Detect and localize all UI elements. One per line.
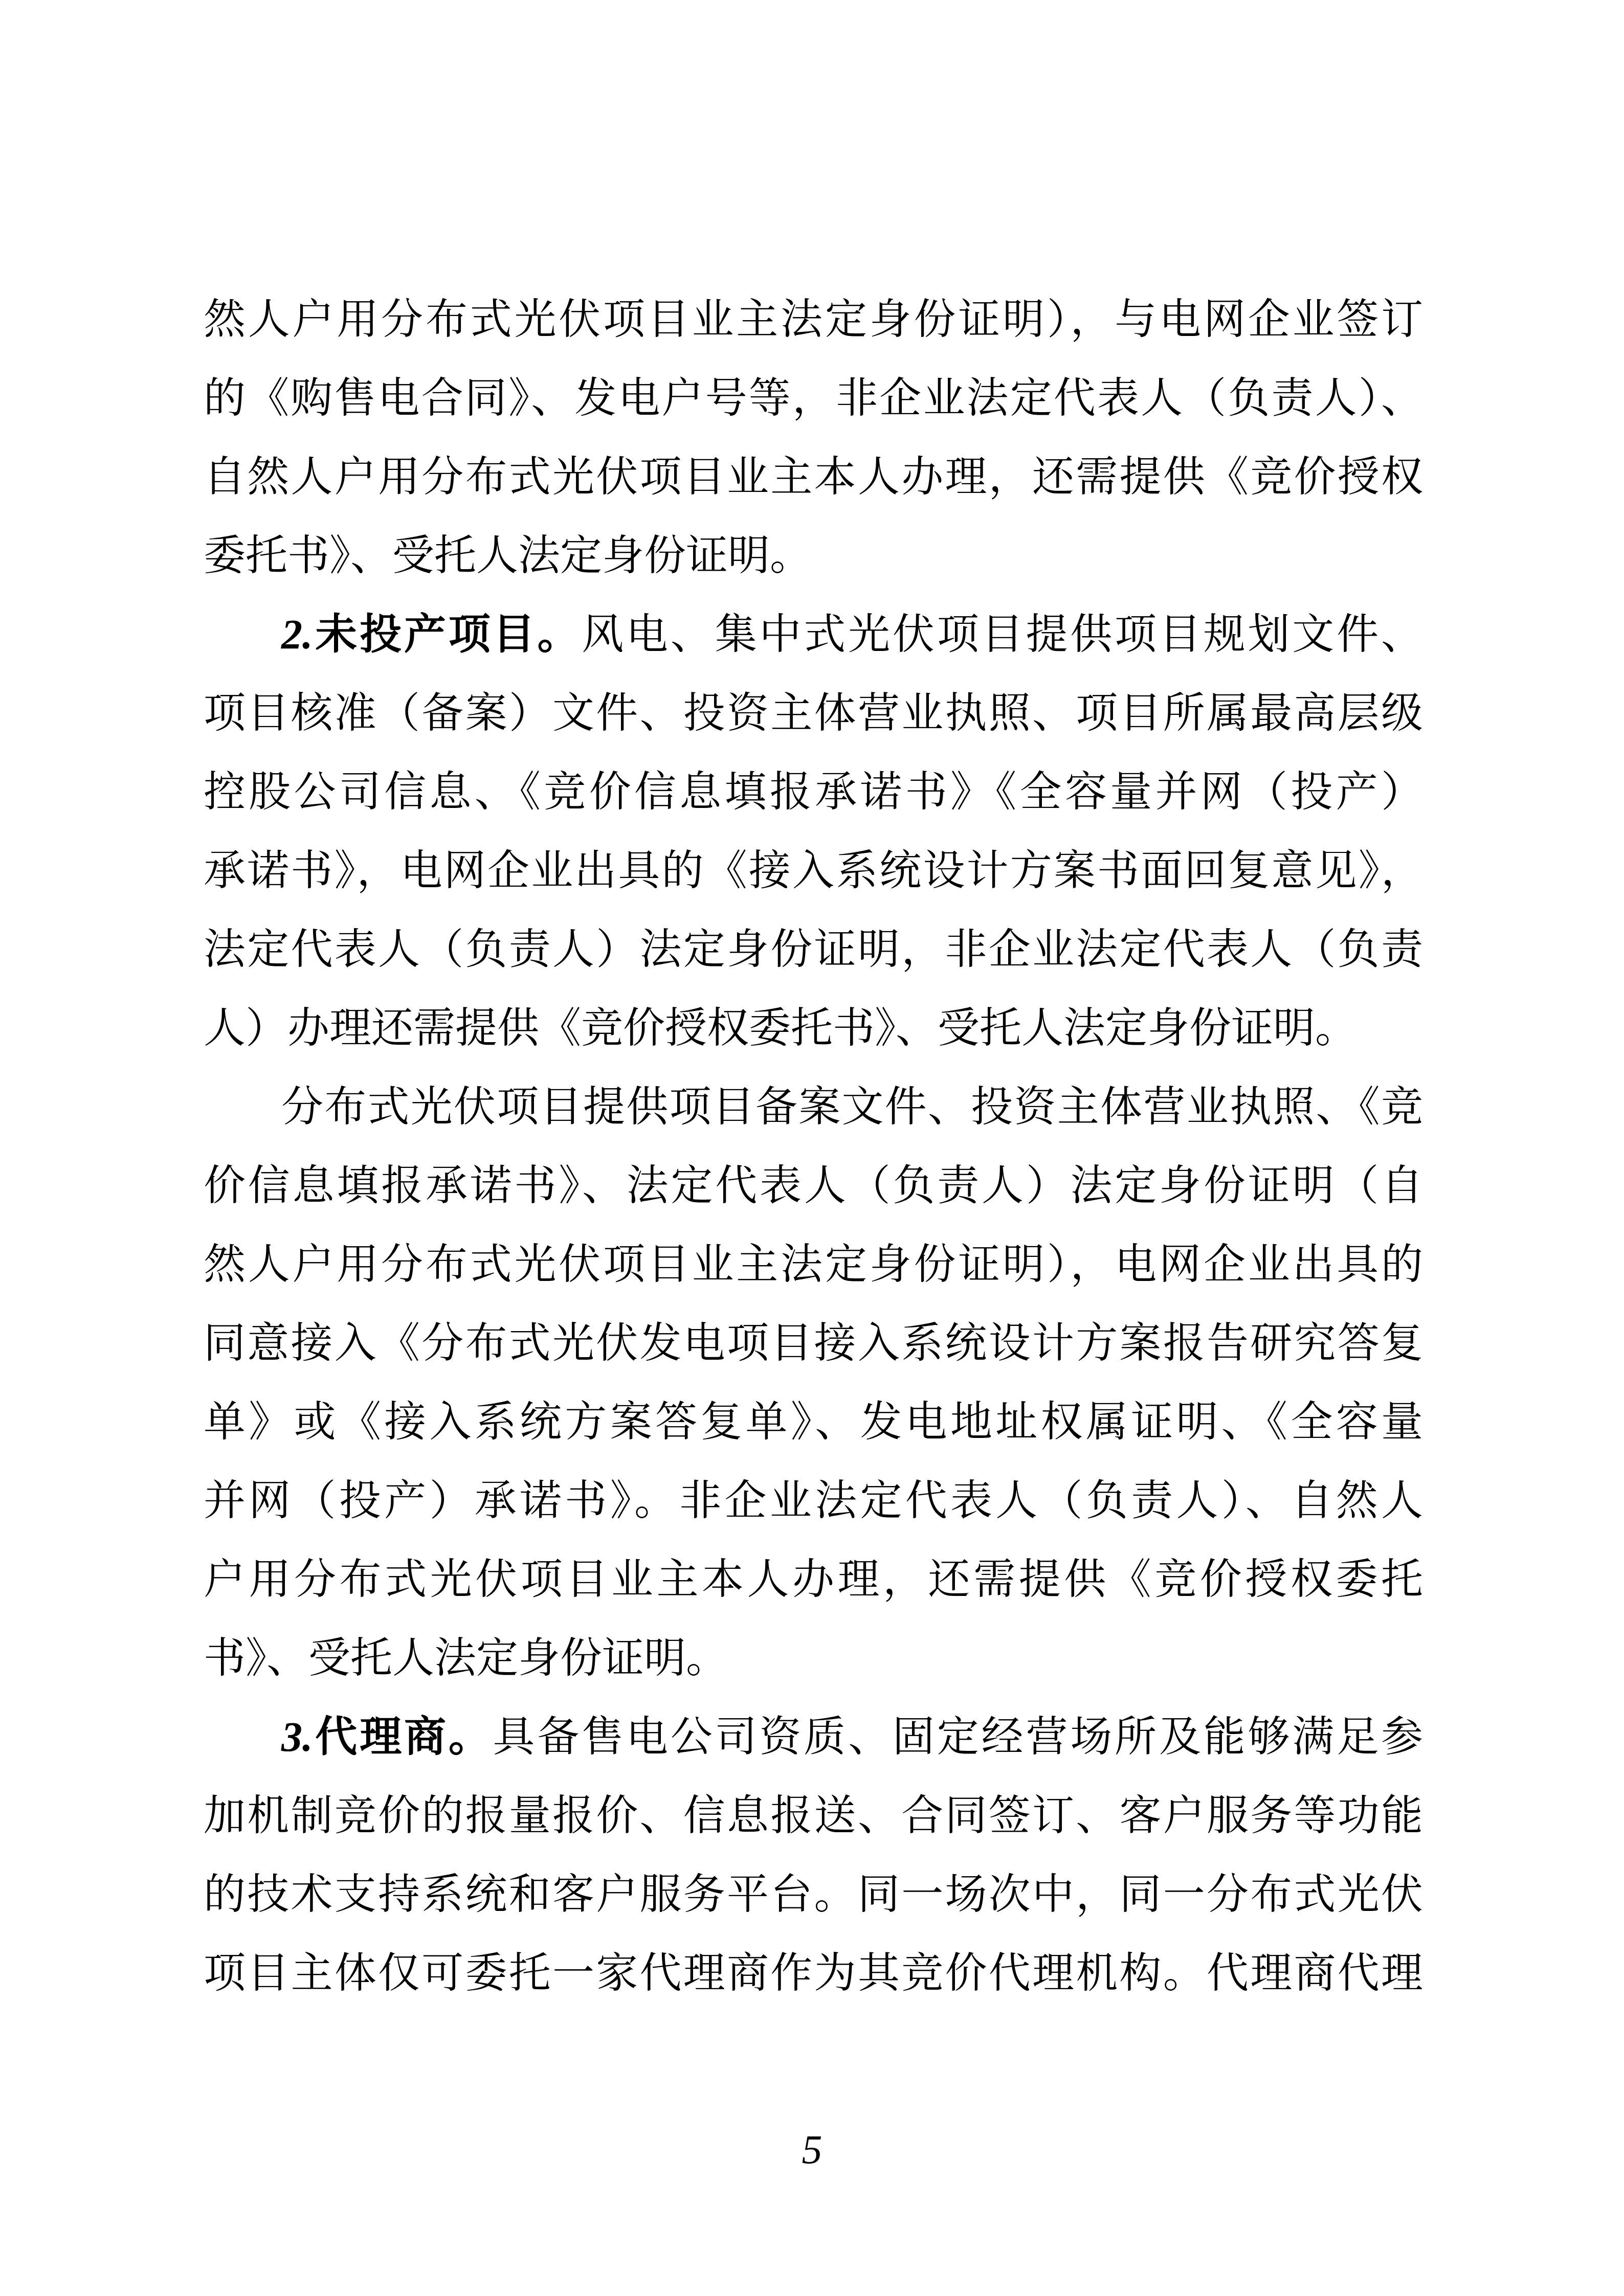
text-run: 具备售电公司资质、固定经营场所及能够满足参 xyxy=(493,1714,1423,1760)
document-page: 然人户用分布式光伏项目业主法定身份证明），与电网企业签订的《购售电合同》、发电户… xyxy=(0,0,1624,2296)
text-line: 3.代理商。具备售电公司资质、固定经营场所及能够满足参 xyxy=(204,1698,1423,1776)
text-line: 项目核准（备案）文件、投资主体营业执照、项目所属最高层级 xyxy=(204,674,1423,753)
paragraph: 3.代理商。具备售电公司资质、固定经营场所及能够满足参加机制竞价的报量报价、信息… xyxy=(204,1698,1423,2013)
text-run: 委托书》、受托人法定身份证明。 xyxy=(204,532,812,579)
text-line: 单》或《接入系统方案答复单》、发电地址权属证明、《全容量 xyxy=(204,1383,1423,1461)
text-line: 承诺书》，电网企业出具的《接入系统设计方案书面回复意见》， xyxy=(204,831,1423,910)
text-run: 户用分布式光伏项目业主本人办理，还需提供《竞价授权委托 xyxy=(204,1556,1423,1603)
text-run: 承诺书》，电网企业出具的《接入系统设计方案书面回复意见》， xyxy=(204,847,1423,894)
document-body: 然人户用分布式光伏项目业主法定身份证明），与电网企业签订的《购售电合同》、发电户… xyxy=(204,280,1423,2013)
text-run: 风电、集中式光伏项目提供项目规划文件、 xyxy=(582,611,1423,658)
text-line: 然人户用分布式光伏项目业主法定身份证明），电网企业出具的 xyxy=(204,1225,1423,1304)
text-line: 并网（投产）承诺书》。非企业法定代表人（负责人）、自然人 xyxy=(204,1461,1423,1540)
text-run: 分布式光伏项目提供项目备案文件、投资主体营业执照、《竞 xyxy=(281,1084,1423,1130)
text-run: 并网（投产）承诺书》。非企业法定代表人（负责人）、自然人 xyxy=(204,1477,1423,1524)
text-line: 户用分布式光伏项目业主本人办理，还需提供《竞价授权委托 xyxy=(204,1540,1423,1619)
text-run: 的《购售电合同》、发电户号等，非企业法定代表人（负责人）、 xyxy=(204,375,1423,421)
text-run: 的技术支持系统和客户服务平台。同一场次中，同一分布式光伏 xyxy=(204,1871,1423,1918)
text-line: 同意接入《分布式光伏发电项目接入系统设计方案报告研究答复 xyxy=(204,1304,1423,1383)
page-number: 5 xyxy=(0,2122,1624,2178)
text-line: 人）办理还需提供《竞价授权委托书》、受托人法定身份证明。 xyxy=(204,989,1423,1068)
text-line: 然人户用分布式光伏项目业主法定身份证明），与电网企业签订 xyxy=(204,280,1423,359)
text-run: 控股公司信息、《竞价信息填报承诺书》《全容量并网（投产） xyxy=(204,769,1423,815)
text-line: 法定代表人（负责人）法定身份证明，非企业法定代表人（负责 xyxy=(204,910,1423,989)
text-run: 项目核准（备案）文件、投资主体营业执照、项目所属最高层级 xyxy=(204,690,1423,736)
text-run: 价信息填报承诺书》、法定代表人（负责人）法定身份证明（自 xyxy=(204,1162,1423,1209)
text-run: 单》或《接入系统方案答复单》、发电地址权属证明、《全容量 xyxy=(204,1399,1423,1445)
text-run: 人）办理还需提供《竞价授权委托书》、受托人法定身份证明。 xyxy=(204,1005,1357,1051)
text-line: 加机制竞价的报量报价、信息报送、合同签订、客户服务等功能 xyxy=(204,1776,1423,1855)
text-line: 控股公司信息、《竞价信息填报承诺书》《全容量并网（投产） xyxy=(204,753,1423,831)
text-line: 书》、受托人法定身份证明。 xyxy=(204,1619,1423,1698)
text-line: 的技术支持系统和客户服务平台。同一场次中，同一分布式光伏 xyxy=(204,1855,1423,1934)
text-line: 2.未投产项目。风电、集中式光伏项目提供项目规划文件、 xyxy=(204,595,1423,674)
paragraph: 分布式光伏项目提供项目备案文件、投资主体营业执照、《竞价信息填报承诺书》、法定代… xyxy=(204,1068,1423,1698)
text-line: 自然人户用分布式光伏项目业主本人办理，还需提供《竞价授权 xyxy=(204,438,1423,516)
paragraph: 然人户用分布式光伏项目业主法定身份证明），与电网企业签订的《购售电合同》、发电户… xyxy=(204,280,1423,595)
text-run: 自然人户用分布式光伏项目业主本人办理，还需提供《竞价授权 xyxy=(204,454,1423,500)
text-run: 项目主体仅可委托一家代理商作为其竞价代理机构。代理商代理 xyxy=(204,1950,1423,1996)
text-line: 分布式光伏项目提供项目备案文件、投资主体营业执照、《竞 xyxy=(204,1068,1423,1146)
text-line: 的《购售电合同》、发电户号等，非企业法定代表人（负责人）、 xyxy=(204,359,1423,438)
paragraph: 2.未投产项目。风电、集中式光伏项目提供项目规划文件、项目核准（备案）文件、投资… xyxy=(204,595,1423,1068)
text-line: 项目主体仅可委托一家代理商作为其竞价代理机构。代理商代理 xyxy=(204,1934,1423,2013)
text-run: 加机制竞价的报量报价、信息报送、合同签订、客户服务等功能 xyxy=(204,1792,1423,1839)
text-run: 书》、受托人法定身份证明。 xyxy=(204,1635,728,1681)
heading-run: 2.未投产项目。 xyxy=(281,611,582,658)
heading-run: 3.代理商。 xyxy=(281,1714,493,1760)
text-run: 然人户用分布式光伏项目业主法定身份证明），电网企业出具的 xyxy=(204,1241,1423,1288)
text-run: 同意接入《分布式光伏发电项目接入系统设计方案报告研究答复 xyxy=(204,1320,1423,1366)
text-run: 法定代表人（负责人）法定身份证明，非企业法定代表人（负责 xyxy=(204,926,1423,973)
text-run: 然人户用分布式光伏项目业主法定身份证明），与电网企业签订 xyxy=(204,296,1423,343)
text-line: 委托书》、受托人法定身份证明。 xyxy=(204,516,1423,595)
text-line: 价信息填报承诺书》、法定代表人（负责人）法定身份证明（自 xyxy=(204,1146,1423,1225)
